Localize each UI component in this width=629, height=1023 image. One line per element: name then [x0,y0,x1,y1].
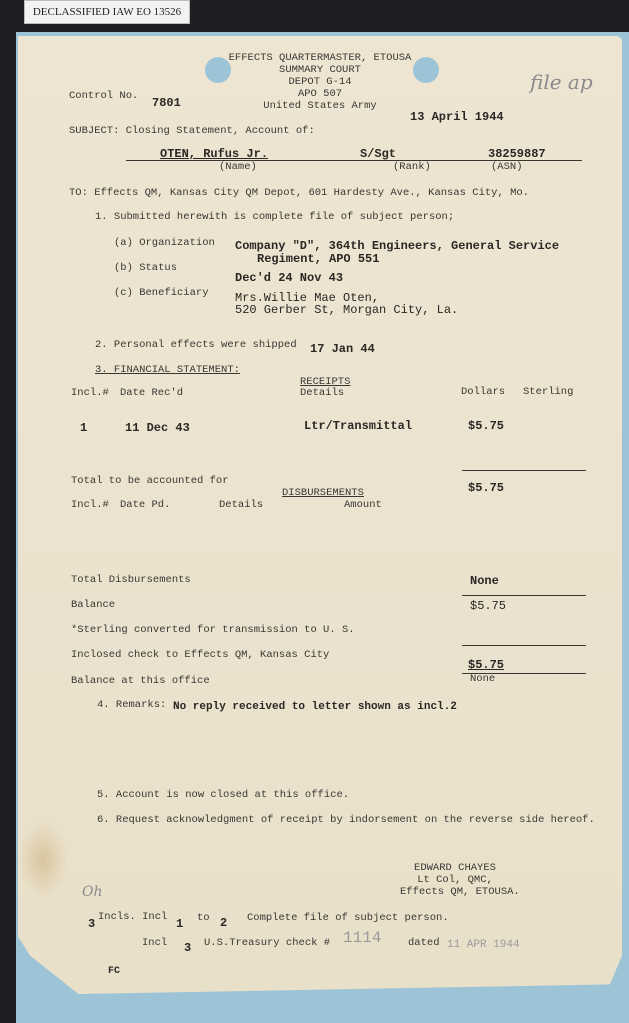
control-label: Control No. [69,91,138,102]
inclosure-from: 1 [176,918,183,930]
name-caption: (Name) [219,162,257,173]
control-number: 7801 [152,97,181,109]
receipt-row-dollars: $5.75 [468,420,504,432]
item-2-label: 2. Personal effects were shipped [95,340,297,351]
disbursements-col-date: Date Pd. [120,500,170,511]
receipts-col-date: Date Rec'd [120,388,183,399]
footer-initials: FC [108,967,120,977]
total-divider [462,470,586,471]
disbursements-col-incl: Incl.# [71,500,109,511]
paper-stain [18,820,68,900]
total-accounted-value: $5.75 [468,482,504,494]
summary-label-balance: Balance [71,600,115,611]
summary-value-balance: $5.75 [470,600,506,612]
receipts-col-sterling: Sterling [523,387,573,398]
item-1: 1. Submitted herewith is complete file o… [95,212,454,223]
summary-label-total-disbursements: Total Disbursements [71,575,191,586]
status-value: Dec'd 24 Nov 43 [235,272,343,284]
summary-label-balance-office: Balance at this office [71,676,210,687]
signature-title: Effects QM, ETOUSA. [400,887,510,898]
summary-value-balance-office: None [470,674,495,685]
dated-label: dated [408,938,440,949]
beneficiary-value-2: 520 Gerber St, Morgan City, La. [235,304,458,316]
inclosure-to: 2 [220,917,227,929]
signature-rank: Lt Col, QMC, [400,875,510,886]
inclosures-line2-prefix: Incl [142,938,167,949]
person-asn: 38259887 [488,148,546,160]
inclosure-to-label: to [197,913,210,924]
header-line-1: EFFECTS QUARTERMASTER, ETOUSA [210,53,430,64]
item-5: 5. Account is now closed at this office. [97,790,349,801]
item-4-label: 4. Remarks: [97,700,166,711]
document-page [18,36,622,994]
summary-value-total-disbursements: None [470,575,499,587]
header-line-4: APO 507 [210,89,430,100]
organization-value-2: Regiment, APO 551 [257,253,379,265]
disbursements-col-details: Details [219,500,263,511]
receipts-col-dollars: Dollars [461,387,505,398]
document-date: 13 April 1944 [410,111,504,123]
status-label: (b) Status [114,263,177,274]
check-number-stamp: 1114 [343,930,381,946]
receipts-col-incl: Incl.# [71,388,109,399]
to-line: TO: Effects QM, Kansas City QM Depot, 60… [69,188,529,199]
beneficiary-label: (c) Beneficiary [114,288,209,299]
receipt-row-details: Ltr/Transmittal [304,420,412,432]
receipts-heading: RECEIPTS [300,377,350,388]
person-rank: S/Sgt [360,148,396,160]
item-3-label: 3. FINANCIAL STATEMENT: [95,365,240,376]
inclosures-line1-prefix: Incls. Incl [98,912,167,923]
organization-value-1: Company "D", 364th Engineers, General Se… [235,240,559,252]
receipt-row-date: 11 Dec 43 [125,422,190,434]
item-2-value: 17 Jan 44 [310,343,375,355]
summary-label-sterling: *Sterling converted for transmission to … [71,625,355,636]
disbursements-heading: DISBURSEMENTS [282,488,364,499]
dated-stamp: 11 APR 1944 [447,940,520,951]
summary-label-check: Inclosed check to Effects QM, Kansas Cit… [71,650,329,661]
receipt-row-incl: 1 [80,422,87,434]
total-accounted-label: Total to be accounted for [71,476,229,487]
check-divider-top [462,645,586,646]
inclosure-3-number: 3 [184,942,191,954]
disbursements-col-amount: Amount [344,500,382,511]
signature-name: EDWARD CHAYES [400,863,510,874]
subject-line: SUBJECT: Closing Statement, Account of: [69,126,315,137]
handwritten-initials: Oh [82,884,103,900]
person-name: OTEN, Rufus Jr. [160,148,268,160]
archive-declassified-label: DECLASSIFIED IAW EO 13526 [24,0,190,24]
handwritten-note: file ap [530,70,593,94]
financial-statement-heading: 3. FINANCIAL STATEMENT: [95,364,240,376]
rank-caption: (Rank) [393,162,431,173]
header-line-5: United States Army [210,101,430,112]
treasury-check-label: U.S.Treasury check # [204,938,330,949]
inclosure-count: 3 [88,918,95,930]
summary-value-check: $5.75 [468,659,504,671]
header-line-3: DEPOT G-14 [210,77,430,88]
receipts-col-details: Details [300,388,344,399]
balance-divider [462,595,586,596]
item-4-remarks: No reply received to letter shown as inc… [173,702,457,713]
organization-label: (a) Organization [114,238,215,249]
asn-caption: (ASN) [491,162,523,173]
item-6: 6. Request acknowledgment of receipt by … [97,815,595,826]
inclosures-line1-desc: Complete file of subject person. [247,913,449,924]
header-line-2: SUMMARY COURT [210,65,430,76]
